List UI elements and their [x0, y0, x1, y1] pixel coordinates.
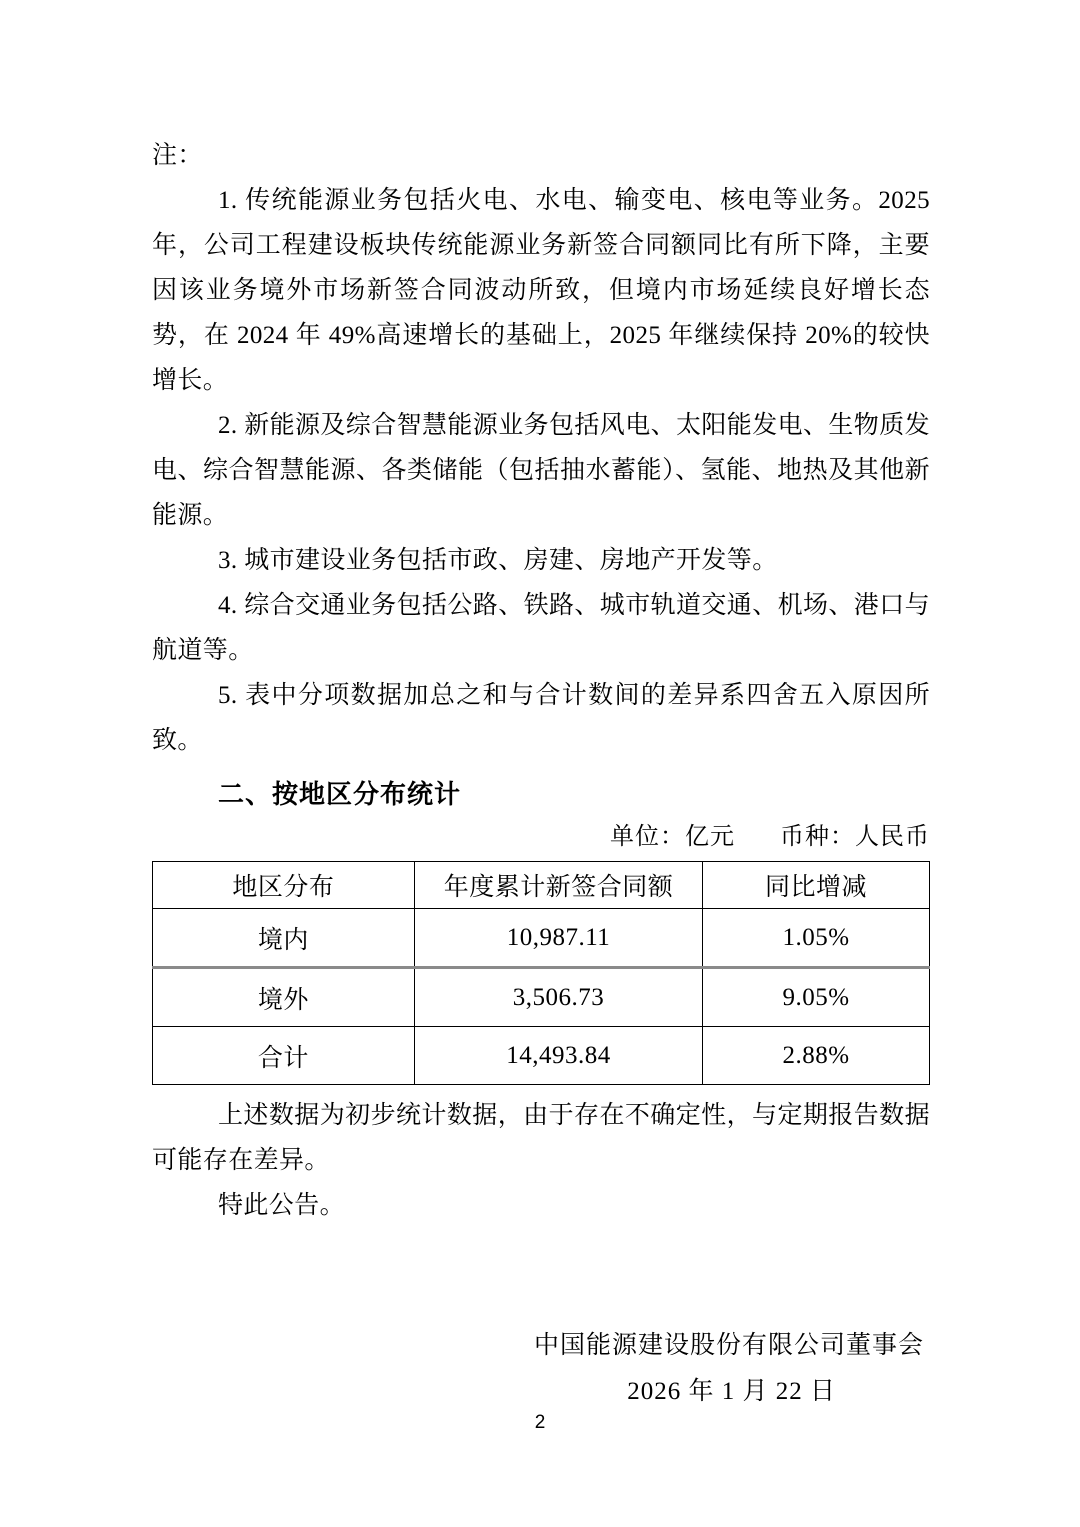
- header-yoy: 同比增减: [703, 862, 930, 909]
- cell-yoy: 9.05%: [703, 968, 930, 1027]
- header-amount: 年度累计新签合同额: [414, 862, 702, 909]
- document-page: 注： 1. 传统能源业务包括火电、水电、输变电、核电等业务。2025 年，公司工…: [0, 0, 1080, 1527]
- section-heading: 二、按地区分布统计: [218, 772, 930, 817]
- page-number: 2: [0, 1412, 1080, 1434]
- closing-paragraph: 上述数据为初步统计数据，由于存在不确定性，与定期报告数据可能存在差异。: [152, 1093, 930, 1183]
- cell-yoy: 2.88%: [703, 1027, 930, 1085]
- header-region: 地区分布: [153, 862, 415, 909]
- note-item-3: 3. 城市建设业务包括市政、房建、房地产开发等。: [152, 538, 930, 583]
- note-item-2: 2. 新能源及综合智慧能源业务包括风电、太阳能发电、生物质发电、综合智慧能源、各…: [152, 403, 930, 538]
- cell-amount: 3,506.73: [414, 968, 702, 1027]
- table-header-row: 地区分布 年度累计新签合同额 同比增减: [153, 862, 930, 909]
- page-content: 注： 1. 传统能源业务包括火电、水电、输变电、核电等业务。2025 年，公司工…: [152, 133, 930, 1415]
- closing-announcement: 特此公告。: [152, 1183, 930, 1228]
- note-item-1: 1. 传统能源业务包括火电、水电、输变电、核电等业务。2025 年，公司工程建设…: [152, 178, 930, 403]
- cell-region: 境外: [153, 968, 415, 1027]
- region-distribution-table: 地区分布 年度累计新签合同额 同比增减 境内 10,987.11 1.05% 境…: [152, 861, 930, 1085]
- signature-company: 中国能源建设股份有限公司董事会: [152, 1323, 930, 1369]
- cell-amount: 14,493.84: [414, 1027, 702, 1085]
- table-row-domestic: 境内 10,987.11 1.05%: [153, 909, 930, 968]
- signature-block: 中国能源建设股份有限公司董事会 2026 年 1 月 22 日: [152, 1323, 930, 1415]
- currency-label: 币种：人民币: [780, 824, 930, 850]
- note-item-5: 5. 表中分项数据加总之和与合计数间的差异系四舍五入原因所致。: [152, 673, 930, 763]
- cell-region: 境内: [153, 909, 415, 968]
- notes-label: 注：: [152, 133, 930, 178]
- note-item-4: 4. 综合交通业务包括公路、铁路、城市轨道交通、机场、港口与航道等。: [152, 583, 930, 673]
- cell-amount: 10,987.11: [414, 909, 702, 968]
- cell-yoy: 1.05%: [703, 909, 930, 968]
- table-row-overseas: 境外 3,506.73 9.05%: [153, 968, 930, 1027]
- table-row-total: 合计 14,493.84 2.88%: [153, 1027, 930, 1085]
- signature-date: 2026 年 1 月 22 日: [152, 1369, 930, 1415]
- cell-region: 合计: [153, 1027, 415, 1085]
- unit-label: 单位：亿元: [610, 824, 735, 850]
- unit-currency-line: 单位：亿元 币种：人民币: [152, 817, 930, 857]
